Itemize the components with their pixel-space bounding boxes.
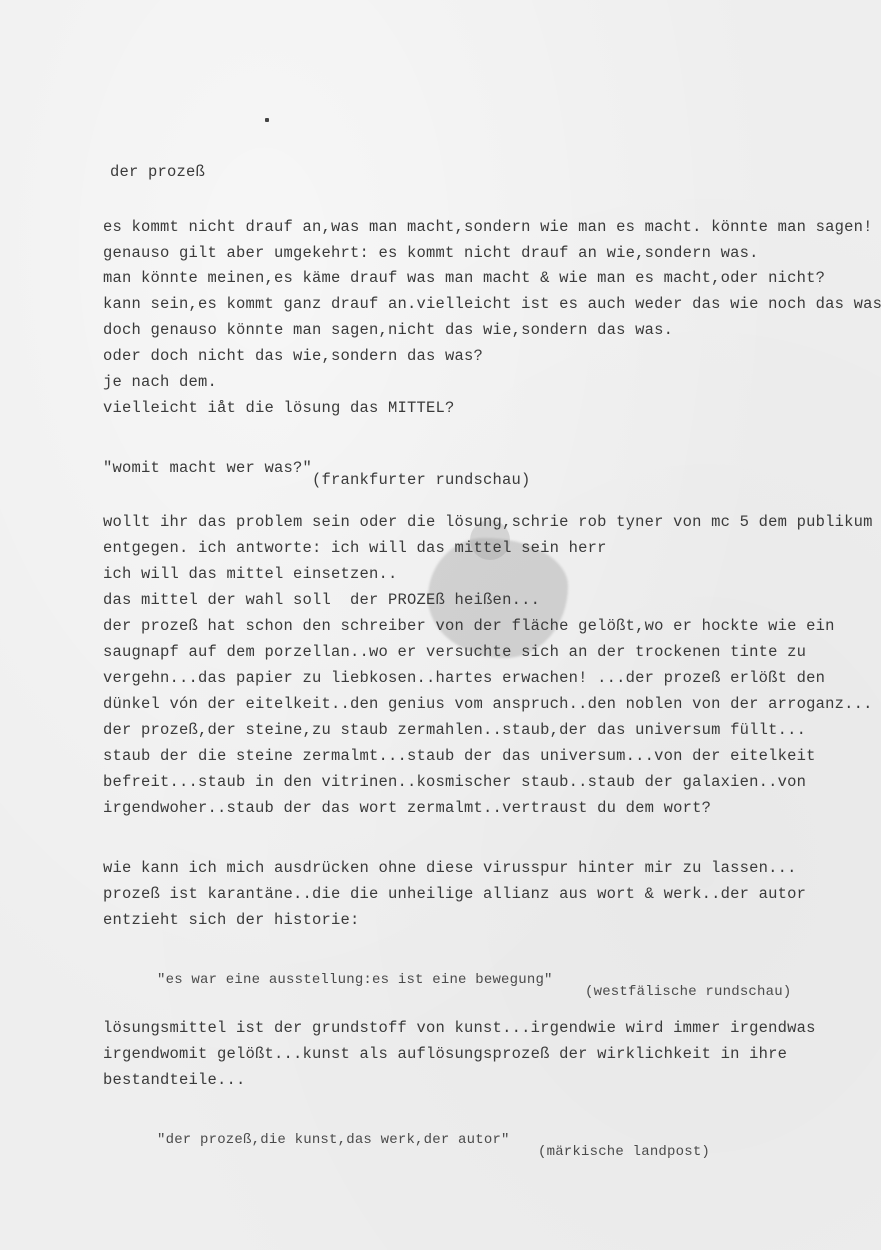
text-line: es kommt nicht drauf an,was man macht,so… xyxy=(103,217,873,237)
text-line: oder doch nicht das wie,sondern das was? xyxy=(103,346,483,366)
text-line: je nach dem. xyxy=(103,372,217,392)
quote-text: "der prozeß,die kunst,das werk,der autor… xyxy=(157,1130,510,1150)
document-title: der prozeß xyxy=(110,162,205,182)
text-line: der prozeß hat schon den schreiber von d… xyxy=(103,616,835,636)
text-line: genauso gilt aber umgekehrt: es kommt ni… xyxy=(103,243,759,263)
text-line: der prozeß,der steine,zu staub zermahlen… xyxy=(103,720,806,740)
quote-source: (westfälische rundschau) xyxy=(585,982,791,1002)
quote-source: (frankfurter rundschau) xyxy=(312,470,531,490)
text-line: saugnapf auf dem porzellan..wo er versuc… xyxy=(103,642,806,662)
text-line: prozeß ist karantäne..die die unheilige … xyxy=(103,884,806,904)
typewritten-page: der prozeß es kommt nicht drauf an,was m… xyxy=(0,0,881,1250)
text-line: ich will das mittel einsetzen.. xyxy=(103,564,398,584)
quote-source: (märkische landpost) xyxy=(538,1142,710,1162)
text-line: irgendwomit gelößt...kunst als auflösung… xyxy=(103,1044,787,1064)
text-line: man könnte meinen,es käme drauf was man … xyxy=(103,268,825,288)
text-line: vergehn...das papier zu liebkosen..harte… xyxy=(103,668,825,688)
text-line: befreit...staub in den vitrinen..kosmisc… xyxy=(103,772,806,792)
text-line: entgegen. ich antworte: ich will das mit… xyxy=(103,538,607,558)
text-line: staub der die steine zermalmt...staub de… xyxy=(103,746,816,766)
quote-text: "es war eine ausstellung:es ist eine bew… xyxy=(157,970,553,990)
text-line: doch genauso könnte man sagen,nicht das … xyxy=(103,320,673,340)
text-line: lösungsmittel ist der grundstoff von kun… xyxy=(103,1018,816,1038)
text-line: vielleicht iåt die lösung das MITTEL? xyxy=(103,398,455,418)
text-line: wie kann ich mich ausdrücken ohne diese … xyxy=(103,858,797,878)
text-line: wollt ihr das problem sein oder die lösu… xyxy=(103,512,873,532)
text-line: entzieht sich der historie: xyxy=(103,910,360,930)
text-line: das mittel der wahl soll der PROZEß heiß… xyxy=(103,590,540,610)
quote-text: "womit macht wer was?" xyxy=(103,458,312,478)
text-line: bestandteile... xyxy=(103,1070,246,1090)
text-line: irgendwoher..staub der das wort zermalmt… xyxy=(103,798,711,818)
text-line: dünkel vón der eitelkeit..den genius vom… xyxy=(103,694,873,714)
text-line: kann sein,es kommt ganz drauf an.viellei… xyxy=(103,294,881,314)
ink-speck xyxy=(265,118,269,122)
